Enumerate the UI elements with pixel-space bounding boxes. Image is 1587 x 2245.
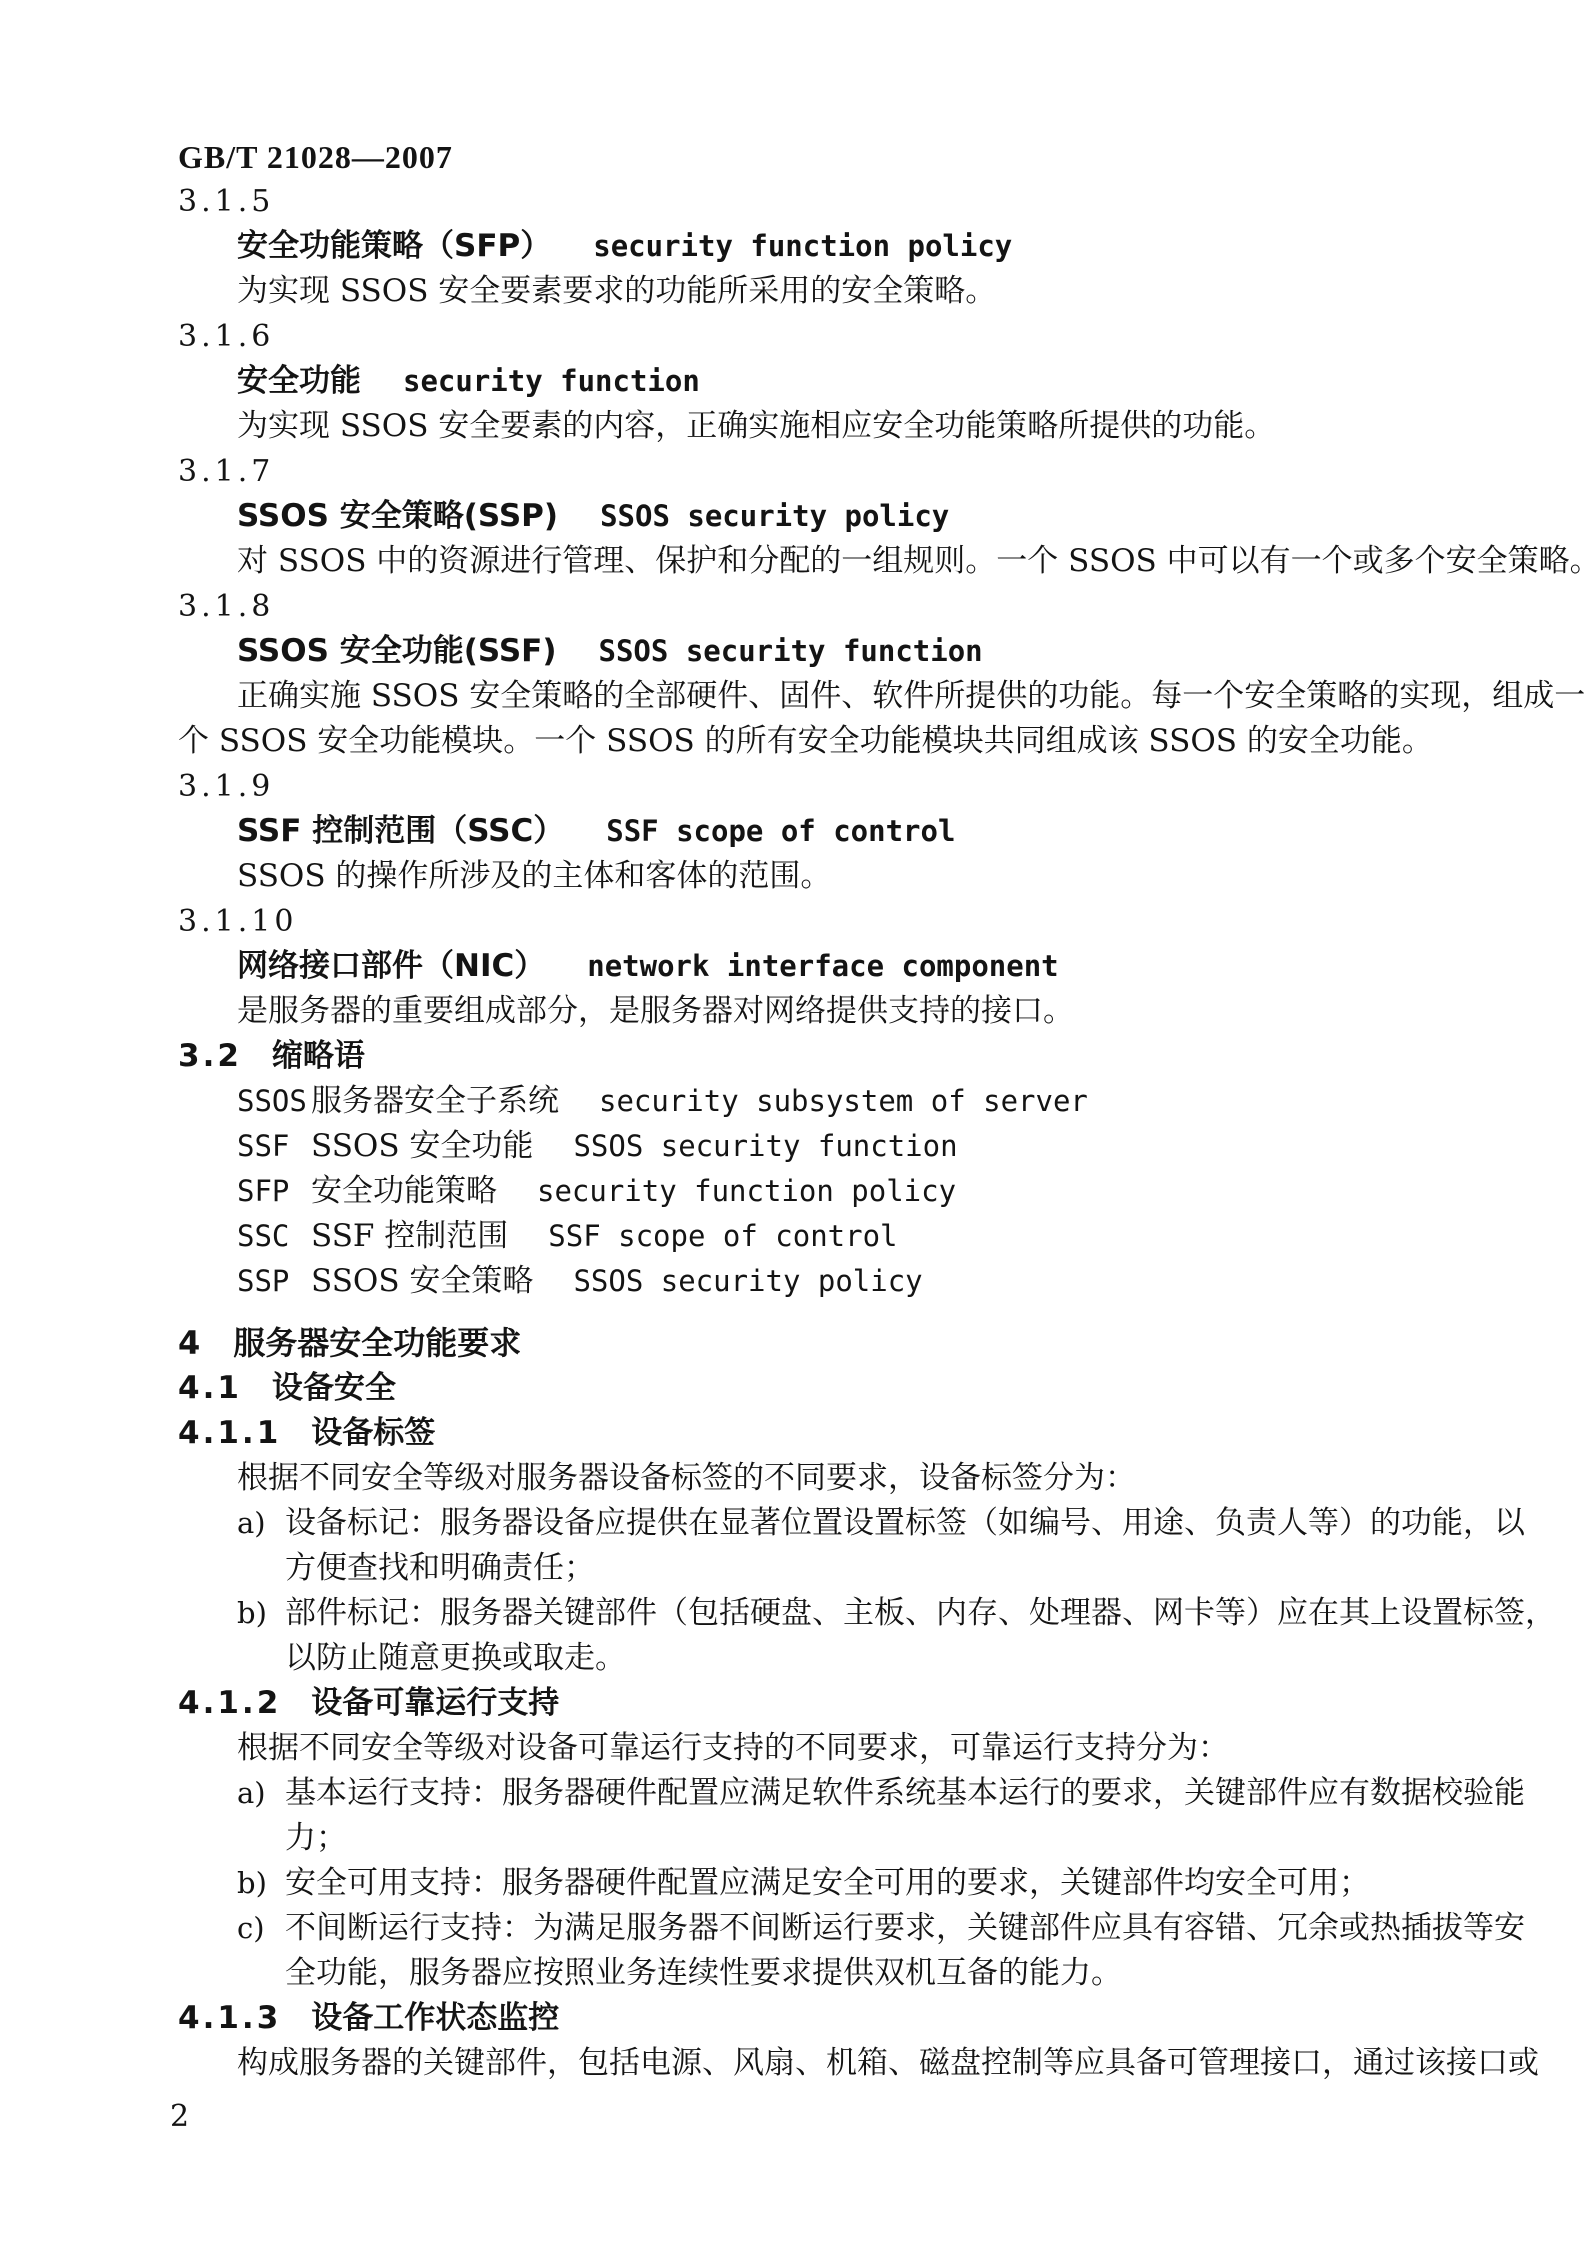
abbr-en: SSF scope of control — [548, 1219, 897, 1253]
clause-number: 3.1.8 — [178, 584, 1488, 629]
term-en: network interface component — [587, 949, 1058, 983]
definition-line: 对 SSOS 中的资源进行管理、保护和分配的一组规则。一个 SSOS 中可以有一… — [178, 539, 1488, 584]
section-title: 设备安全 — [272, 1370, 396, 1406]
term-zh: SSOS 安全功能(SSF) — [237, 633, 557, 669]
term-en: SSF scope of control — [606, 814, 955, 848]
section-heading-4-1-1: 4.1.1设备标签 — [178, 1411, 1488, 1456]
abbr-code: SFP — [237, 1169, 311, 1214]
term-zh: SSF 控制范围（SSC） — [237, 813, 564, 849]
term-en: security function — [403, 364, 700, 398]
list-item-line: 全功能，服务器应按照业务连续性要求提供双机互备的能力。 — [178, 1951, 1488, 1996]
section-number: 4.1.2 — [178, 1685, 281, 1721]
abbr-zh: SSF 控制范围 — [311, 1218, 508, 1254]
abbr-en: security function policy — [537, 1174, 956, 1208]
term-heading: SSOS 安全功能(SSF)SSOS security function — [178, 629, 1488, 674]
list-item-line: a)基本运行支持：服务器硬件配置应满足软件系统基本运行的要求，关键部件应有数据校… — [178, 1771, 1488, 1816]
term-zh: SSOS 安全策略(SSP) — [237, 498, 558, 534]
list-item-text: 安全可用支持：服务器硬件配置应满足安全可用的要求，关键部件均安全可用； — [285, 1865, 1370, 1901]
term-heading: 安全功能策略（SFP）security function policy — [178, 224, 1488, 269]
section-number: 4.1 — [178, 1370, 242, 1406]
list-item-line: b)部件标记：服务器关键部件（包括硬盘、主板、内存、处理器、网卡等）应在其上设置… — [178, 1591, 1488, 1636]
term-zh: 安全功能 — [237, 363, 361, 399]
definition-line: 为实现 SSOS 安全要素的内容，正确实施相应安全功能策略所提供的功能。 — [178, 404, 1488, 449]
clause-number: 3.1.7 — [178, 449, 1488, 494]
term-en: SSOS security function — [599, 634, 983, 668]
page-content: GB/T 21028—2007 3.1.5 安全功能策略（SFP）securit… — [178, 140, 1488, 2086]
term-zh: 网络接口部件（NIC） — [237, 948, 545, 984]
term-zh: 安全功能策略（SFP） — [237, 228, 551, 264]
chapter-title: 服务器安全功能要求 — [233, 1324, 521, 1362]
abbr-code: SSOS — [237, 1079, 311, 1124]
chapter-heading: 4服务器安全功能要求 — [178, 1321, 1488, 1366]
abbreviation-row: SSPSSOS 安全策略SSOS security policy — [178, 1259, 1488, 1304]
section-heading-4-1: 4.1设备安全 — [178, 1366, 1488, 1411]
abbr-en: SSOS security function — [573, 1129, 957, 1163]
term-en: SSOS security policy — [600, 499, 949, 533]
section-title: 设备工作状态监控 — [311, 2000, 559, 2036]
abbr-en: SSOS security policy — [573, 1264, 922, 1298]
clause-number: 3.1.9 — [178, 764, 1488, 809]
list-item-text: 基本运行支持：服务器硬件配置应满足软件系统基本运行的要求，关键部件应有数据校验能 — [285, 1775, 1525, 1811]
list-item-label: c) — [237, 1906, 285, 1951]
chapter-number: 4 — [178, 1324, 203, 1362]
abbr-code: SSF — [237, 1124, 311, 1169]
definition-line: 正确实施 SSOS 安全策略的全部硬件、固件、软件所提供的功能。每一个安全策略的… — [178, 674, 1488, 719]
page-number: 2 — [170, 2097, 189, 2137]
term-heading: SSOS 安全策略(SSP)SSOS security policy — [178, 494, 1488, 539]
section-number: 4.1.3 — [178, 2000, 281, 2036]
clause-number: 3.1.10 — [178, 899, 1488, 944]
list-item-label: b) — [237, 1591, 285, 1636]
abbr-zh: SSOS 安全功能 — [311, 1128, 533, 1164]
term-en: security function policy — [593, 229, 1012, 263]
list-item-line: 以防止随意更换或取走。 — [178, 1636, 1488, 1681]
clause-number: 3.1.5 — [178, 179, 1488, 224]
abbreviation-row: SSCSSF 控制范围SSF scope of control — [178, 1214, 1488, 1259]
list-item-line: c)不间断运行支持：为满足服务器不间断运行要求，关键部件应具有容错、冗余或热插拔… — [178, 1906, 1488, 1951]
definition-line: 为实现 SSOS 安全要素要求的功能所采用的安全策略。 — [178, 269, 1488, 314]
list-item-line: 力； — [178, 1816, 1488, 1861]
section-number: 4.1.1 — [178, 1415, 281, 1451]
abbreviation-row: SSFSSOS 安全功能SSOS security function — [178, 1124, 1488, 1169]
list-item-line: a)设备标记：服务器设备应提供在显著位置设置标签（如编号、用途、负责人等）的功能… — [178, 1501, 1488, 1546]
abbr-code: SSC — [237, 1214, 311, 1259]
list-item-label: a) — [237, 1771, 285, 1816]
definition-line: 个 SSOS 安全功能模块。一个 SSOS 的所有安全功能模块共同组成该 SSO… — [178, 719, 1488, 764]
abbr-code: SSP — [237, 1259, 311, 1304]
section-heading-4-1-3: 4.1.3设备工作状态监控 — [178, 1996, 1488, 2041]
section-title: 设备可靠运行支持 — [311, 1685, 559, 1721]
term-heading: 安全功能security function — [178, 359, 1488, 404]
paragraph-line: 构成服务器的关键部件，包括电源、风扇、机箱、磁盘控制等应具备可管理接口，通过该接… — [178, 2041, 1488, 2086]
section-heading-abbreviations: 3.2缩略语 — [178, 1034, 1488, 1079]
list-item-text: 设备标记：服务器设备应提供在显著位置设置标签（如编号、用途、负责人等）的功能，以 — [285, 1505, 1525, 1541]
section-title: 缩略语 — [272, 1038, 365, 1074]
term-heading: 网络接口部件（NIC）network interface component — [178, 944, 1488, 989]
list-item-line: b)安全可用支持：服务器硬件配置应满足安全可用的要求，关键部件均安全可用； — [178, 1861, 1488, 1906]
abbreviation-row: SFP安全功能策略security function policy — [178, 1169, 1488, 1214]
paragraph-line: 根据不同安全等级对服务器设备标签的不同要求，设备标签分为： — [178, 1456, 1488, 1501]
abbr-zh: 安全功能策略 — [311, 1173, 497, 1209]
list-item-label: a) — [237, 1501, 285, 1546]
abbr-en: security subsystem of server — [599, 1084, 1088, 1118]
list-item-label: b) — [237, 1861, 285, 1906]
list-item-line: 方便查找和明确责任； — [178, 1546, 1488, 1591]
document-page: GB/T 21028—2007 3.1.5 安全功能策略（SFP）securit… — [0, 0, 1587, 2245]
abbr-zh: 服务器安全子系统 — [311, 1083, 559, 1119]
list-item-text: 不间断运行支持：为满足服务器不间断运行要求，关键部件应具有容错、冗余或热插拔等安 — [285, 1910, 1525, 1946]
clause-number: 3.1.6 — [178, 314, 1488, 359]
section-number: 3.2 — [178, 1038, 242, 1074]
term-heading: SSF 控制范围（SSC）SSF scope of control — [178, 809, 1488, 854]
standard-code-header: GB/T 21028—2007 — [178, 140, 1488, 179]
paragraph-line: 根据不同安全等级对设备可靠运行支持的不同要求，可靠运行支持分为： — [178, 1726, 1488, 1771]
definition-line: 是服务器的重要组成部分，是服务器对网络提供支持的接口。 — [178, 989, 1488, 1034]
list-item-text: 部件标记：服务器关键部件（包括硬盘、主板、内存、处理器、网卡等）应在其上设置标签… — [285, 1595, 1556, 1631]
definition-line: SSOS 的操作所涉及的主体和客体的范围。 — [178, 854, 1488, 899]
abbreviation-row: SSOS服务器安全子系统security subsystem of server — [178, 1079, 1488, 1124]
abbr-zh: SSOS 安全策略 — [311, 1263, 533, 1299]
section-heading-4-1-2: 4.1.2设备可靠运行支持 — [178, 1681, 1488, 1726]
section-title: 设备标签 — [311, 1415, 435, 1451]
